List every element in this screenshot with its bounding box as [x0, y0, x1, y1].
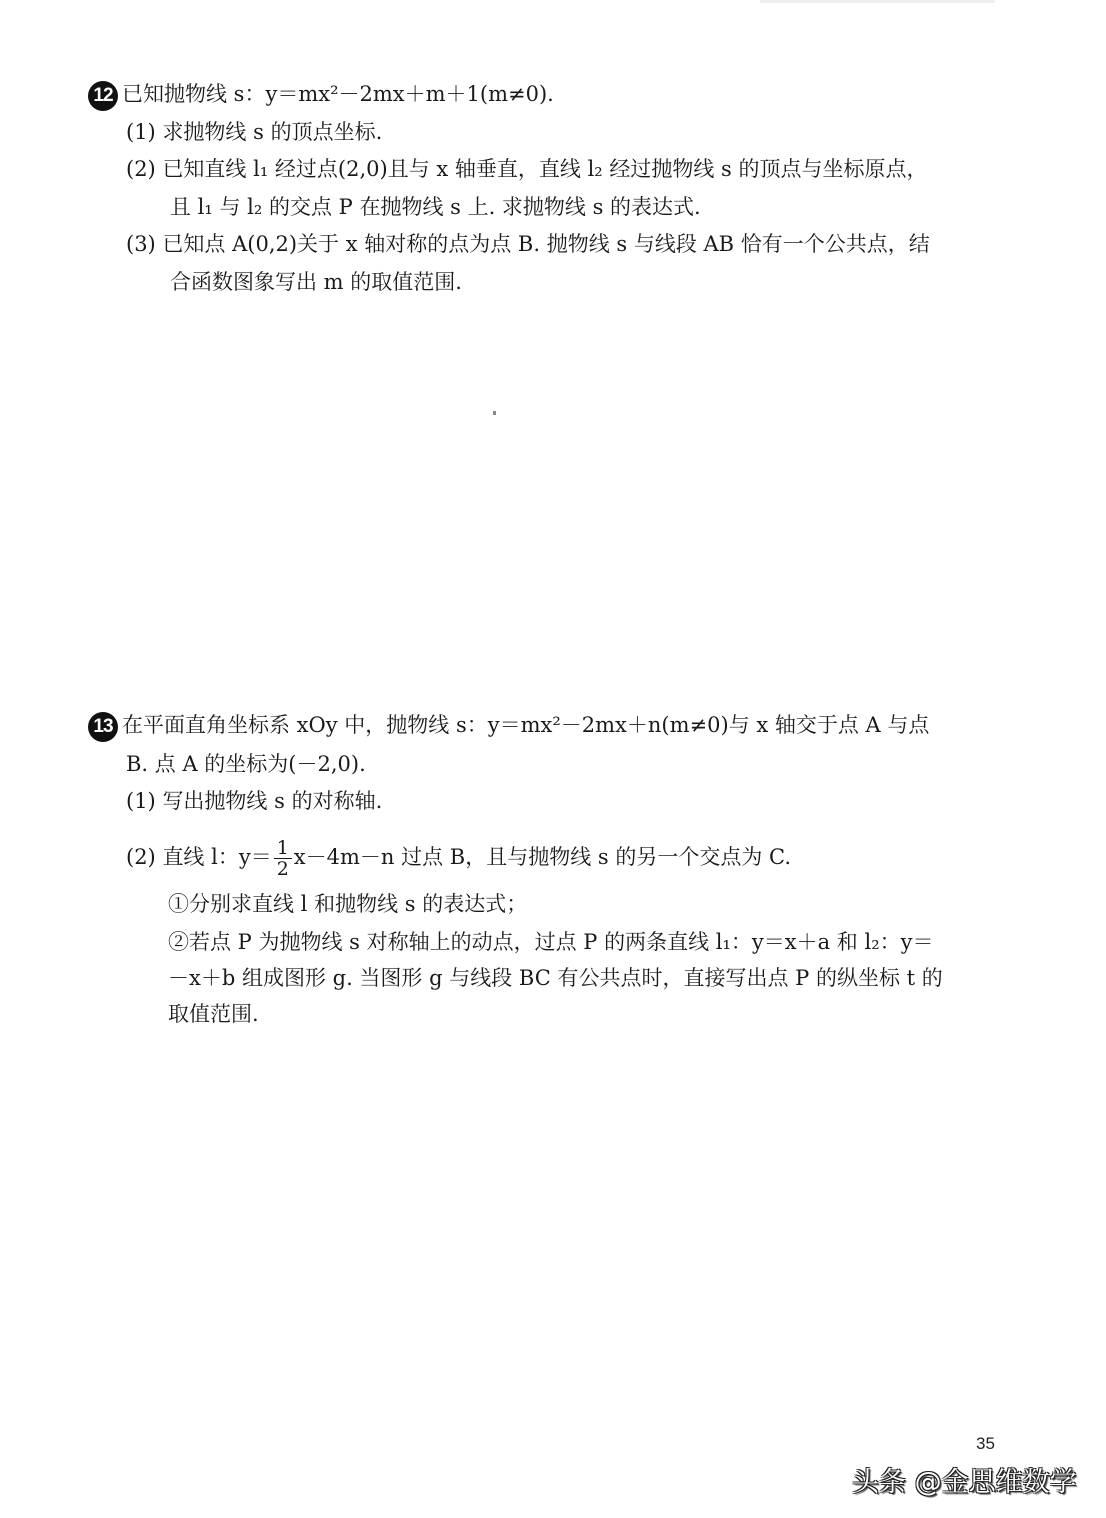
problem-13-stem: 13在平面直角坐标系 xOy 中，抛物线 s：y＝mx²－2mx＋n(m≠0)与…: [88, 711, 929, 742]
problem-13-part-2: (2) 直线 l：y＝12x－4m－n 过点 B，且与抛物线 s 的另一个交点为…: [126, 838, 791, 879]
problem-12-stem: 12已知抛物线 s：y＝mx²－2mx＋m＋1(m≠0).: [88, 80, 554, 111]
problem-13-subpart-2-cont-1: －x＋b 组成图形 g. 当图形 g 与线段 BC 有公共点时，直接写出点 P …: [168, 964, 943, 992]
problem-13-subpart-2-cont-2: 取值范围.: [168, 1000, 259, 1028]
scan-speck: [493, 411, 496, 415]
scan-edge-artifact: [760, 0, 995, 3]
problem-number-badge: 12: [88, 81, 118, 111]
problem-12-part-1: (1) 求抛物线 s 的顶点坐标.: [126, 118, 382, 146]
problem-13-subpart-2: ②若点 P 为抛物线 s 对称轴上的动点，过点 P 的两条直线 l₁：y＝x＋a…: [168, 928, 933, 956]
problem-12-part-3: (3) 已知点 A(0,2)关于 x 轴对称的点为点 B. 抛物线 s 与线段 …: [126, 230, 930, 258]
problem-12-part-2: (2) 已知直线 l₁ 经过点(2,0)且与 x 轴垂直，直线 l₂ 经过抛物线…: [126, 155, 928, 183]
watermark: 头条 @金思维数学: [852, 1460, 1077, 1499]
fraction-one-half: 12: [274, 838, 292, 879]
problem-12-part-3-cont: 合函数图象写出 m 的取值范围.: [170, 268, 462, 296]
problem-13-subpart-1: ①分别求直线 l 和抛物线 s 的表达式；: [168, 890, 527, 918]
problem-number-badge: 13: [88, 712, 118, 742]
problem-12-part-2-cont: 且 l₁ 与 l₂ 的交点 P 在抛物线 s 上. 求抛物线 s 的表达式.: [170, 193, 701, 221]
problem-13-part-1: (1) 写出抛物线 s 的对称轴.: [126, 787, 382, 815]
problem-13-stem-cont: B. 点 A 的坐标为(－2,0).: [126, 750, 366, 778]
page-number: 35: [976, 1434, 995, 1454]
